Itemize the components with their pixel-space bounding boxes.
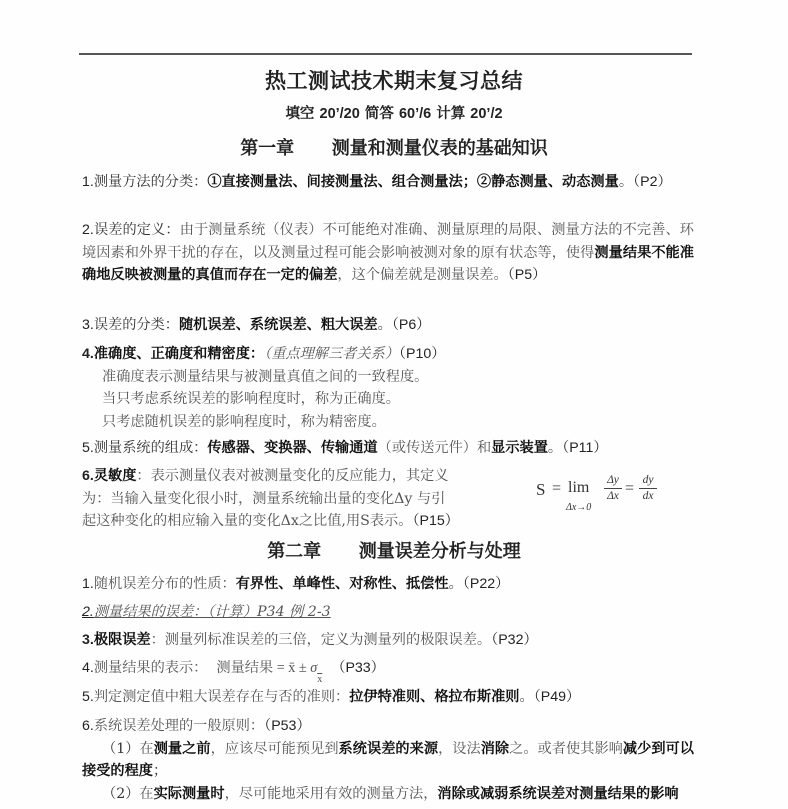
delta-fraction: Δy Δx — [604, 474, 622, 503]
chapter-1-heading: 第一章 测量和测量仪表的基础知识 — [0, 136, 788, 162]
trueness-definition: 当只考虑系统误差的影响程度时，称为正确度。 — [82, 388, 694, 411]
ch2-item-4: 4.测量结果的表示： 测量结果 = x̄ ± σx （P33） — [82, 657, 694, 685]
document-page: 热工测试技术期末复习总结 填空 20’/20 简答 60’/6 计算 20’/2… — [0, 0, 788, 809]
ch2-item-6: 6.系统误差处理的一般原则：（P53） （1）在测量之前，应该尽可能预见到系统误… — [82, 715, 694, 805]
chapter-2-heading: 第二章 测量误差分析与处理 — [0, 539, 788, 565]
document-title: 热工测试技术期末复习总结 — [0, 66, 788, 96]
result-expression: 测量结果 = x̄ ± — [216, 660, 310, 676]
derivative-fraction: dy dx — [639, 474, 657, 503]
scoring-short-value: 60’/6 — [399, 106, 431, 122]
scoring-fill-label: 填空 — [285, 105, 319, 122]
scoring-short-label: 简答 — [360, 105, 399, 122]
scoring-fill-value: 20’/20 — [320, 106, 360, 122]
ch1-item-5: 5.测量系统的组成：传感器、变换器、传输通道（或传送元件）和显示装置。（P11） — [82, 437, 694, 460]
scoring-scheme: 填空 20’/20 简答 60’/6 计算 20’/2 — [0, 103, 788, 125]
ch1-item-4: 4.准确度、正确度和精密度：（重点理解三者关系）（P10） 准确度表示测量结果与… — [82, 343, 694, 433]
ch2-item-3: 3.极限误差：测量列标准误差的三倍，定义为测量列的极限误差。（P32） — [82, 629, 694, 652]
header-rule — [79, 53, 692, 55]
sensitivity-formula: S = lim Δx→0 Δy Δx = dy dx — [536, 470, 666, 520]
ch1-item-6: 6.灵敏度：表示测量仪表对被测量变化的反应能力，其定义 为：当输入量变化很小时，… — [82, 465, 532, 533]
principle-2: （2）在实际测量时，尽可能地采用有效的测量方法，消除或减弱系统误差对测量结果的影… — [82, 783, 694, 806]
ch1-item-1: 1.测量方法的分类：①直接测量法、间接测量法、组合测量法；②静态测量、动态测量。… — [82, 171, 694, 194]
precision-definition: 只考虑随机误差的影响程度时，称为精密度。 — [82, 411, 694, 434]
scoring-calc-label: 计算 — [431, 105, 470, 122]
ch2-item-2: 2.测量结果的误差：（计算）P34 例 2-3 — [82, 601, 694, 624]
accuracy-definition: 准确度表示测量结果与被测量真值之间的一致程度。 — [82, 366, 694, 389]
ch1-item-3: 3.误差的分类：随机误差、系统误差、粗大误差。（P6） — [82, 314, 694, 337]
principle-1: （1）在测量之前，应该尽可能预见到系统误差的来源，设法消除之。或者使其影响减少到… — [82, 738, 694, 783]
ch1-item-2: 2.误差的定义：由于测量系统（仪表）不可能绝对准确、测量原理的局限、测量方法的不… — [82, 219, 694, 287]
scoring-calc-value: 20’/2 — [470, 106, 502, 122]
ch2-item-1: 1.随机误差分布的性质：有界性、单峰性、对称性、抵偿性。（P22） — [82, 573, 694, 596]
ch2-item-5: 5.判定测定值中粗大误差存在与否的准则：拉伊特准则、格拉布斯准则。（P49） — [82, 686, 694, 709]
